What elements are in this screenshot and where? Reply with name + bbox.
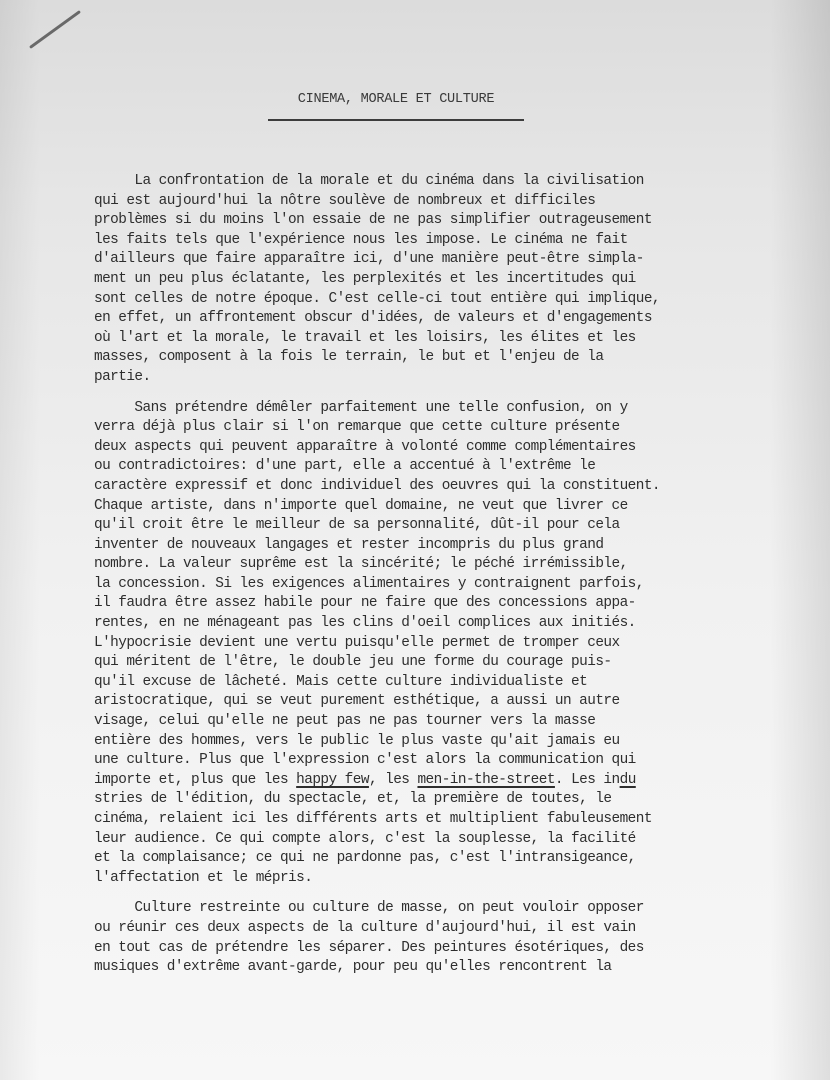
paragraph: Sans prétendre démêler parfaitement une … bbox=[94, 399, 814, 889]
underlined-phrase: men-in-the-street bbox=[417, 772, 554, 788]
text-line: entière des hommes, vers le public le pl… bbox=[94, 732, 814, 752]
paragraph: Culture restreinte ou culture de masse, … bbox=[94, 899, 814, 977]
text-line: La confrontation de la morale et du ciné… bbox=[94, 172, 814, 192]
text-line: en effet, un affrontement obscur d'idées… bbox=[94, 309, 814, 329]
paragraph: La confrontation de la morale et du ciné… bbox=[94, 172, 814, 388]
text-line: problèmes si du moins l'on essaie de ne … bbox=[94, 211, 814, 231]
text-line: la concession. Si les exigences alimenta… bbox=[94, 575, 814, 595]
text-line: et la complaisance; ce qui ne pardonne p… bbox=[94, 849, 814, 869]
text-line: qui méritent de l'être, le double jeu un… bbox=[94, 653, 814, 673]
text-line: partie. bbox=[94, 368, 814, 388]
text-line: une culture. Plus que l'expression c'est… bbox=[94, 751, 814, 771]
document-body: La confrontation de la morale et du ciné… bbox=[94, 172, 814, 989]
text-line: d'ailleurs que faire apparaître ici, d'u… bbox=[94, 250, 814, 270]
text-segment: importe et, plus que les bbox=[94, 772, 296, 788]
text-line: qui est aujourd'hui la nôtre soulève de … bbox=[94, 192, 814, 212]
text-line: nombre. La valeur suprême est la sincéri… bbox=[94, 555, 814, 575]
text-line: masses, composent à la fois le terrain, … bbox=[94, 348, 814, 368]
text-line: deux aspects qui peuvent apparaître à vo… bbox=[94, 438, 814, 458]
text-line: leur audience. Ce qui compte alors, c'es… bbox=[94, 830, 814, 850]
text-line: Sans prétendre démêler parfaitement une … bbox=[94, 399, 814, 419]
text-line: aristocratique, qui se veut purement est… bbox=[94, 692, 814, 712]
document-title: CINEMA, MORALE ET CULTURE bbox=[268, 92, 524, 107]
text-line: Culture restreinte ou culture de masse, … bbox=[94, 899, 814, 919]
underlined-phrase: du bbox=[620, 772, 636, 788]
text-line: qu'il croit être le meilleur de sa perso… bbox=[94, 516, 814, 536]
text-line: l'affectation et le mépris. bbox=[94, 869, 814, 889]
text-segment: . Les in bbox=[555, 772, 620, 788]
text-line: verra déjà plus clair si l'on remarque q… bbox=[94, 418, 814, 438]
text-line: L'hypocrisie devient une vertu puisqu'el… bbox=[94, 634, 814, 654]
scanned-page: CINEMA, MORALE ET CULTURE La confrontati… bbox=[0, 0, 830, 1080]
text-line: Chaque artiste, dans n'importe quel doma… bbox=[94, 497, 814, 517]
text-line: musiques d'extrême avant-garde, pour peu… bbox=[94, 958, 814, 978]
text-line: importe et, plus que les happy few, les … bbox=[94, 771, 814, 791]
text-line: sont celles de notre époque. C'est celle… bbox=[94, 290, 814, 310]
text-segment: , les bbox=[369, 772, 418, 788]
text-line: en tout cas de prétendre les séparer. De… bbox=[94, 939, 814, 959]
text-line: stries de l'édition, du spectacle, et, l… bbox=[94, 790, 814, 810]
title-underline bbox=[268, 119, 524, 121]
text-line: caractère expressif et donc individuel d… bbox=[94, 477, 814, 497]
pen-mark-icon bbox=[29, 10, 81, 49]
text-line: ou contradictoires: d'une part, elle a a… bbox=[94, 457, 814, 477]
text-line: ou réunir ces deux aspects de la culture… bbox=[94, 919, 814, 939]
text-line: rentes, en ne ménageant pas les clins d'… bbox=[94, 614, 814, 634]
text-line: cinéma, relaient ici les différents arts… bbox=[94, 810, 814, 830]
text-line: il faudra être assez habile pour ne fair… bbox=[94, 594, 814, 614]
text-line: visage, celui qu'elle ne peut pas ne pas… bbox=[94, 712, 814, 732]
text-line: les faits tels que l'expérience nous les… bbox=[94, 231, 814, 251]
text-line: ment un peu plus éclatante, les perplexi… bbox=[94, 270, 814, 290]
text-line: inventer de nouveaux langages et rester … bbox=[94, 536, 814, 556]
underlined-phrase: happy few bbox=[296, 772, 369, 788]
text-line: où l'art et la morale, le travail et les… bbox=[94, 329, 814, 349]
text-line: qu'il excuse de lâcheté. Mais cette cult… bbox=[94, 673, 814, 693]
